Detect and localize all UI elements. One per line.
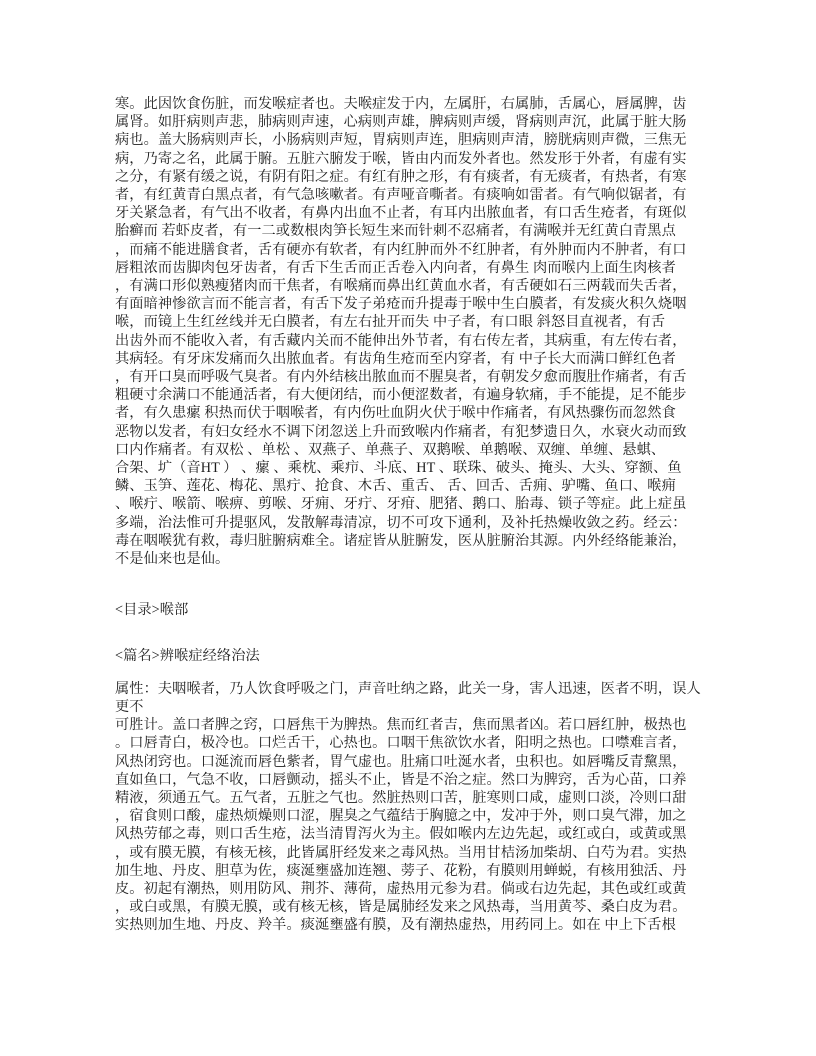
text-line: 恶物以发者，有妇女经水不调下闭忽送上升而致喉内作痛者，有犯梦遗日久，水衰火动而致 (115, 423, 701, 441)
document-page: 寒。此因饮食伤脏，而发喉症者也。夫喉症发于内，左属肝，右属肺，舌属心，唇属脾，齿… (115, 95, 701, 935)
text-line: 粗硬寸余满口不能通活者，有大便闭结，而小便涩数者，有遍身软痛，手不能提，足不能步 (115, 386, 701, 404)
text-line: 实热则加生地、丹皮、羚羊。痰涎壅盛有膜，及有潮热虚热，用药同上。如在 中上下舌根 (115, 916, 701, 934)
text-line: 属肾。如肝病则声悲，肺病则声速，心病则声雄，脾病则声缓，肾病则声沉，此属于脏大肠 (115, 113, 701, 131)
text-line: 风热劳郁之毒，则口舌生疮，法当清胃泻火为主。假如喉内左边先起，或红或白，或黄或黑 (115, 825, 701, 843)
text-line: 加生地、丹皮、胆草为佐，痰涎壅盛加连翘、蒡子、花粉，有膜则用蝉蜕，有核用独活、丹 (115, 862, 701, 880)
text-line: 喉，而镜上生红丝线并无白膜者，有左右扯开而失 中子者，有口眼 斜怒目直视者，有舌 (115, 313, 701, 331)
text-line: 唇粗浓而齿脚肉包牙齿者，有舌下生舌而正舌卷入内向者，有鼻生 肉而喉内上面生肉核者 (115, 259, 701, 277)
text-line: 不是仙来也是仙。 (115, 550, 701, 568)
text-line: 可胜计。盖口者脾之窍，口唇焦干为脾热。焦而红者吉，焦而黑者凶。若口唇红肿，极热也 (115, 716, 701, 734)
text-line: 口内作痛者。有双松 、单松 、双燕子、单燕子、双鹅喉、单鹅喉、双缠、单缠、悬蜞、 (115, 441, 701, 459)
text-line: 毒在咽喉犹有救，毒归脏腑病难全。诸症皆从脏腑发，医从脏腑治其源。内外经络能兼治， (115, 532, 701, 550)
text-line: 有面暗神惨欲言而不能言者，有舌下发子弟疮而升提毒于喉中生白膜者，有发痰火积久烧咽 (115, 295, 701, 313)
attribute-paragraph: 属性：夫咽喉者，乃人饮食呼吸之门，声音吐纳之路，此关一身，害人迅速，医者不明，误… (115, 680, 701, 935)
text-line: 病，乃寄之名，此属于腑。五脏六腑发于喉，皆由内而发外者也。然发形于外者，有虚有实 (115, 150, 701, 168)
text-line: 之分，有紧有缓之说，有阴有阳之症。有红有肿之形，有有痰者，有无痰者，有热者，有寒 (115, 168, 701, 186)
text-line: 病也。盖大肠病则声长，小肠病则声短，胃病则声连，胆病则声清，膀胱病则声微，三焦无 (115, 131, 701, 149)
text-line: ，宿食则口酸，虚热烦燥则口涩，腥臭之气蕴结于胸臆之中，发冲于外，则口臭气滞，加之 (115, 807, 701, 825)
top-paragraph: 寒。此因饮食伤脏，而发喉症者也。夫喉症发于内，左属肝，右属肺，舌属心，唇属脾，齿… (115, 95, 701, 568)
text-line: ，或白或黑，有膜无膜，或有核无核，皆是属肺经发来之风热毒，当用黄芩、桑白皮为君。 (115, 898, 701, 916)
text-line: 。口唇青白，极冷也。口烂舌干，心热也。口咽干焦欲饮水者，阳明之热也。口噤难言者， (115, 734, 701, 752)
text-line: 精液，须通五气。五气者，五脏之气也。然脏热则口苦，脏寒则口咸，虚则口淡，冷则口甜 (115, 789, 701, 807)
text-line: 者，有久患瘰 积热而伏于咽喉者，有内伤吐血阴火伏于喉中作痛者，有风热骤伤而忽然食 (115, 404, 701, 422)
text-line: ，而痛不能进膳食者，舌有硬亦有软者，有内红肿而外不红肿者，有外肿而内不肿者，有口 (115, 241, 701, 259)
text-line: 寒。此因饮食伤脏，而发喉症者也。夫喉症发于内，左属肝，右属肺，舌属心，唇属脾，齿 (115, 95, 701, 113)
text-line: 直如鱼口，气急不收，口唇颤动，摇头不止，皆是不治之症。然口为脾窍，舌为心苗，口养 (115, 771, 701, 789)
chapter-title-heading: <篇名>辨喉症经络治法 (115, 647, 701, 665)
text-line: 皮。初起有潮热，则用防风、荆芥、薄荷，虚热用元参为君。倘或右边先起，其色或红或黄 (115, 880, 701, 898)
text-line: 合架、圹（音HT ） 、瘰 、乘枕、乘疖、斗底、HT 、联珠、破头、掩头、大头、… (115, 459, 701, 477)
text-line: 胎癣而 若虾皮者，有一二或数根肉笋长短生来而针刺不忍痛者，有满喉并无红黄白青黑点 (115, 222, 701, 240)
catalog-heading: <目录>喉部 (115, 601, 701, 619)
text-line: 鳞、玉笋、莲花、梅花、黑疔、抢食、木舌、重舌、 舌、回舌、舌痈、驴嘴、鱼口、喉痈 (115, 477, 701, 495)
text-line: ，有满口形似熟瘦猪肉而干焦者，有喉痛而鼻出红黄血水者，有舌硬如石三两载而失舌者， (115, 277, 701, 295)
text-line: 出齿外而不能收入者，有舌藏内关而不能伸出外节者，有右传左者，其病重，有左传右者， (115, 332, 701, 350)
text-line: 牙关紧急者，有气出不收者，有鼻内出血不止者，有耳内出脓血者，有口舌生疮者，有斑似 (115, 204, 701, 222)
text-line: 风热闭窍也。口涎流而唇色紫者，胃气虚也。肚痛口吐涎水者，虫积也。如唇嘴反青黧黑， (115, 753, 701, 771)
text-line: 多端，治法惟可升提驱风，发散解毒清凉，切不可攻下通利，及补托热燥收敛之药。经云： (115, 514, 701, 532)
text-line: 属性：夫咽喉者，乃人饮食呼吸之门，声音吐纳之路，此关一身，害人迅速，医者不明，误… (115, 680, 701, 698)
text-line: 者，有红黄青白黑点者，有气急咳嗽者。有声哑音嘶者。有痰响如雷者。有气响似锯者，有 (115, 186, 701, 204)
text-line: ，或有膜无膜，有核无核，此皆属肝经发来之毒风热。当用甘桔汤加柴胡、白芍为君。实热 (115, 844, 701, 862)
text-line: ，有开口臭而呼吸气臭者。有内外结核出脓血而不腥臭者，有朝发夕愈而腹肚作痛者，有舌 (115, 368, 701, 386)
text-line: 更不 (115, 698, 701, 716)
text-line: 、喉疔、喉箭、喉痹、剪喉、牙痈、牙疔、牙疳、肥猪、鹅口、胎毒、锁子等症。此上症虽 (115, 495, 701, 513)
text-line: 其病轻。有牙床发痛而久出脓血者。有齿角生疮而至内穿者，有 中子长大而满口鲜红色者 (115, 350, 701, 368)
